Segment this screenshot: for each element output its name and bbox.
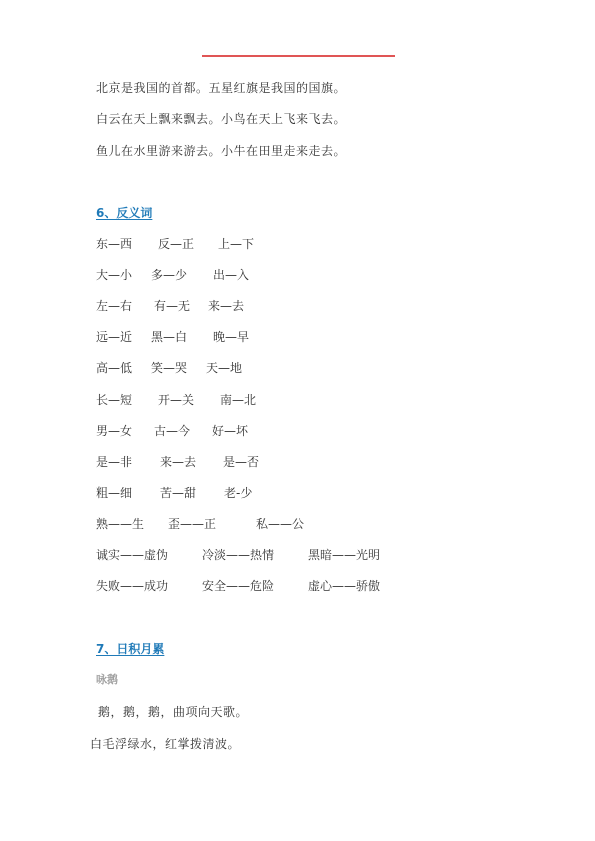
antonym-pair: 冷淡——热情	[202, 547, 274, 563]
antonym-pair: 来—去	[208, 298, 244, 314]
intro-line-3: 鱼儿在水里游来游去。小牛在田里走来走去。	[96, 143, 346, 159]
section-7-heading[interactable]: 7、日积月累	[96, 641, 164, 657]
antonym-pair: 多—少	[151, 267, 187, 283]
poem-line-2: 白毛浮绿水，红掌拨清波。	[90, 736, 240, 752]
section-6-heading[interactable]: 6、反义词	[96, 205, 152, 221]
antonym-pair: 男—女	[96, 423, 132, 439]
antonym-pair: 上—下	[218, 236, 254, 252]
antonym-pair: 开—关	[158, 392, 194, 408]
antonym-pair: 好—坏	[212, 423, 248, 439]
antonym-pair: 古—今	[154, 423, 190, 439]
antonym-pair: 熟——生	[96, 516, 144, 532]
antonym-pair: 大—小	[96, 267, 132, 283]
antonym-pair: 虚心——骄傲	[308, 578, 380, 594]
intro-line-1: 北京是我国的首都。五星红旗是我国的国旗。	[96, 80, 346, 96]
antonym-pair: 左—右	[96, 298, 132, 314]
antonym-pair: 安全——危险	[202, 578, 274, 594]
antonym-pair: 苦—甜	[160, 485, 196, 501]
antonym-pair: 天—地	[206, 360, 242, 376]
poem-title: 咏鹅	[96, 672, 118, 688]
antonym-pair: 远—近	[96, 329, 132, 345]
antonym-pair: 晚—早	[213, 329, 249, 345]
antonym-pair: 来—去	[160, 454, 196, 470]
antonym-pair: 黑—白	[151, 329, 187, 345]
antonym-pair: 粗—细	[96, 485, 132, 501]
red-divider-line	[202, 55, 395, 57]
antonym-pair: 是—非	[96, 454, 132, 470]
antonym-pair: 长—短	[96, 392, 132, 408]
antonym-pair: 笑—哭	[151, 360, 187, 376]
antonym-pair: 黑暗——光明	[308, 547, 380, 563]
intro-line-2: 白云在天上飘来飘去。小鸟在天上飞来飞去。	[96, 111, 346, 127]
antonym-pair: 歪——正	[168, 516, 216, 532]
antonym-pair: 诚实——虚伪	[96, 547, 168, 563]
antonym-pair: 出—入	[213, 267, 249, 283]
antonym-pair: 南—北	[220, 392, 256, 408]
antonym-pair: 反—正	[158, 236, 194, 252]
antonym-pair: 有—无	[154, 298, 190, 314]
antonym-pair: 失败——成功	[96, 578, 168, 594]
antonym-row-12: 失败——成功 安全——危险 虚心——骄傲	[96, 578, 104, 642]
antonym-pair: 是—否	[223, 454, 259, 470]
antonym-pair: 高—低	[96, 360, 132, 376]
poem-line-1: 鹅，鹅，鹅，曲项向天歌。	[98, 704, 248, 720]
antonym-pair: 私——公	[256, 516, 304, 532]
antonym-pair: 老-少	[224, 485, 252, 501]
antonym-pair: 东—西	[96, 236, 132, 252]
